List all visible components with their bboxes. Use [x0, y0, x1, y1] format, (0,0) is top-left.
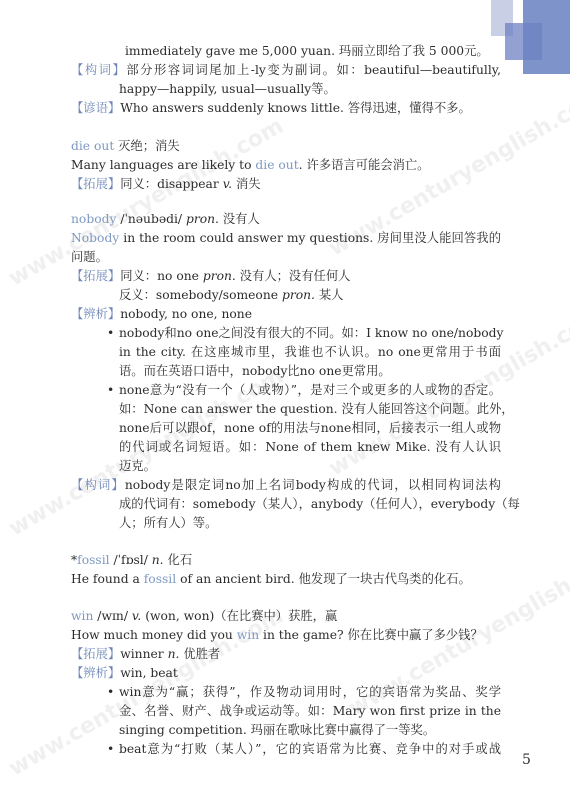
analysis-tag: 【辨析】	[71, 666, 120, 680]
extend-note: 【拓展】同义：disappear v. 消失	[71, 175, 501, 194]
example-sentence: How much money did you win in the game? …	[71, 626, 501, 645]
analysis-note: 【辨析】win, beat	[71, 664, 501, 683]
analysis-bullet: win意为“赢；获得”，作及物动词用时，它的宾语常为奖品、奖学	[71, 683, 501, 702]
extend-tag: 【拓展】	[71, 177, 120, 191]
page-number: 5	[522, 752, 531, 768]
construction-note: 【构词】部分形容词词尾加上-ly变为副词。如：beautiful—beautif…	[71, 61, 501, 80]
analysis-bullet: none意为“没有一个（人或物）”，是对三个或更多的人或物的否定。	[71, 381, 501, 400]
example-sentence-cont: 问题。	[71, 248, 501, 267]
analysis-tag: 【辨析】	[71, 307, 120, 321]
proverb-note: 【谚语】Who answers suddenly knows little. 答…	[71, 99, 501, 118]
headword: nobody	[71, 212, 116, 226]
entry-die-out: die out 灭绝；消失	[71, 137, 501, 156]
extend-tag: 【拓展】	[71, 647, 120, 661]
construction-note: 【构词】nobody是限定词no加上名词body构成的代词，以相同构词法构	[71, 476, 501, 495]
construction-tag: 【构词】	[71, 63, 126, 77]
analysis-bullet: nobody和no one之间没有很大的不同。如：I know no one/n…	[71, 324, 501, 343]
analysis-bullet: beat意为“打败（某人）”，它的宾语常为比赛、竞争中的对手或战	[71, 740, 501, 759]
example-sentence: Many languages are likely to die out. 许多…	[71, 156, 501, 175]
example-sentence: Nobody in the room could answer my quest…	[71, 229, 501, 248]
entry-fossil: *fossil /ˈfɒsl/ n. 化石	[71, 551, 501, 570]
continuation-line: immediately gave me 5,000 yuan. 玛丽立即给了我 …	[71, 42, 501, 61]
page-content: immediately gave me 5,000 yuan. 玛丽立即给了我 …	[71, 42, 501, 759]
headword: fossil	[77, 553, 109, 567]
antonym-note: 反义：somebody/someone pron. 某人	[71, 286, 501, 305]
analysis-note: 【辨析】nobody, no one, none	[71, 305, 501, 324]
entry-nobody: nobody /ˈnəubədi/ pron. 没有人	[71, 210, 501, 229]
construction-note-cont: happy—happily, usual—usually等。	[71, 80, 501, 99]
headword: win	[71, 609, 93, 623]
headword: die out	[71, 139, 114, 153]
extend-tag: 【拓展】	[71, 269, 120, 283]
extend-note: 【拓展】同义：no one pron. 没有人；没有任何人	[71, 267, 501, 286]
entry-win: win /wɪn/ v. (won, won)（在比赛中）获胜，赢	[71, 607, 501, 626]
decorative-square-mid	[505, 23, 542, 60]
example-sentence: He found a fossil of an ancient bird. 他发…	[71, 570, 501, 589]
construction-tag: 【构词】	[71, 478, 125, 492]
proverb-tag: 【谚语】	[71, 101, 120, 115]
extend-note: 【拓展】winner n. 优胜者	[71, 645, 501, 664]
